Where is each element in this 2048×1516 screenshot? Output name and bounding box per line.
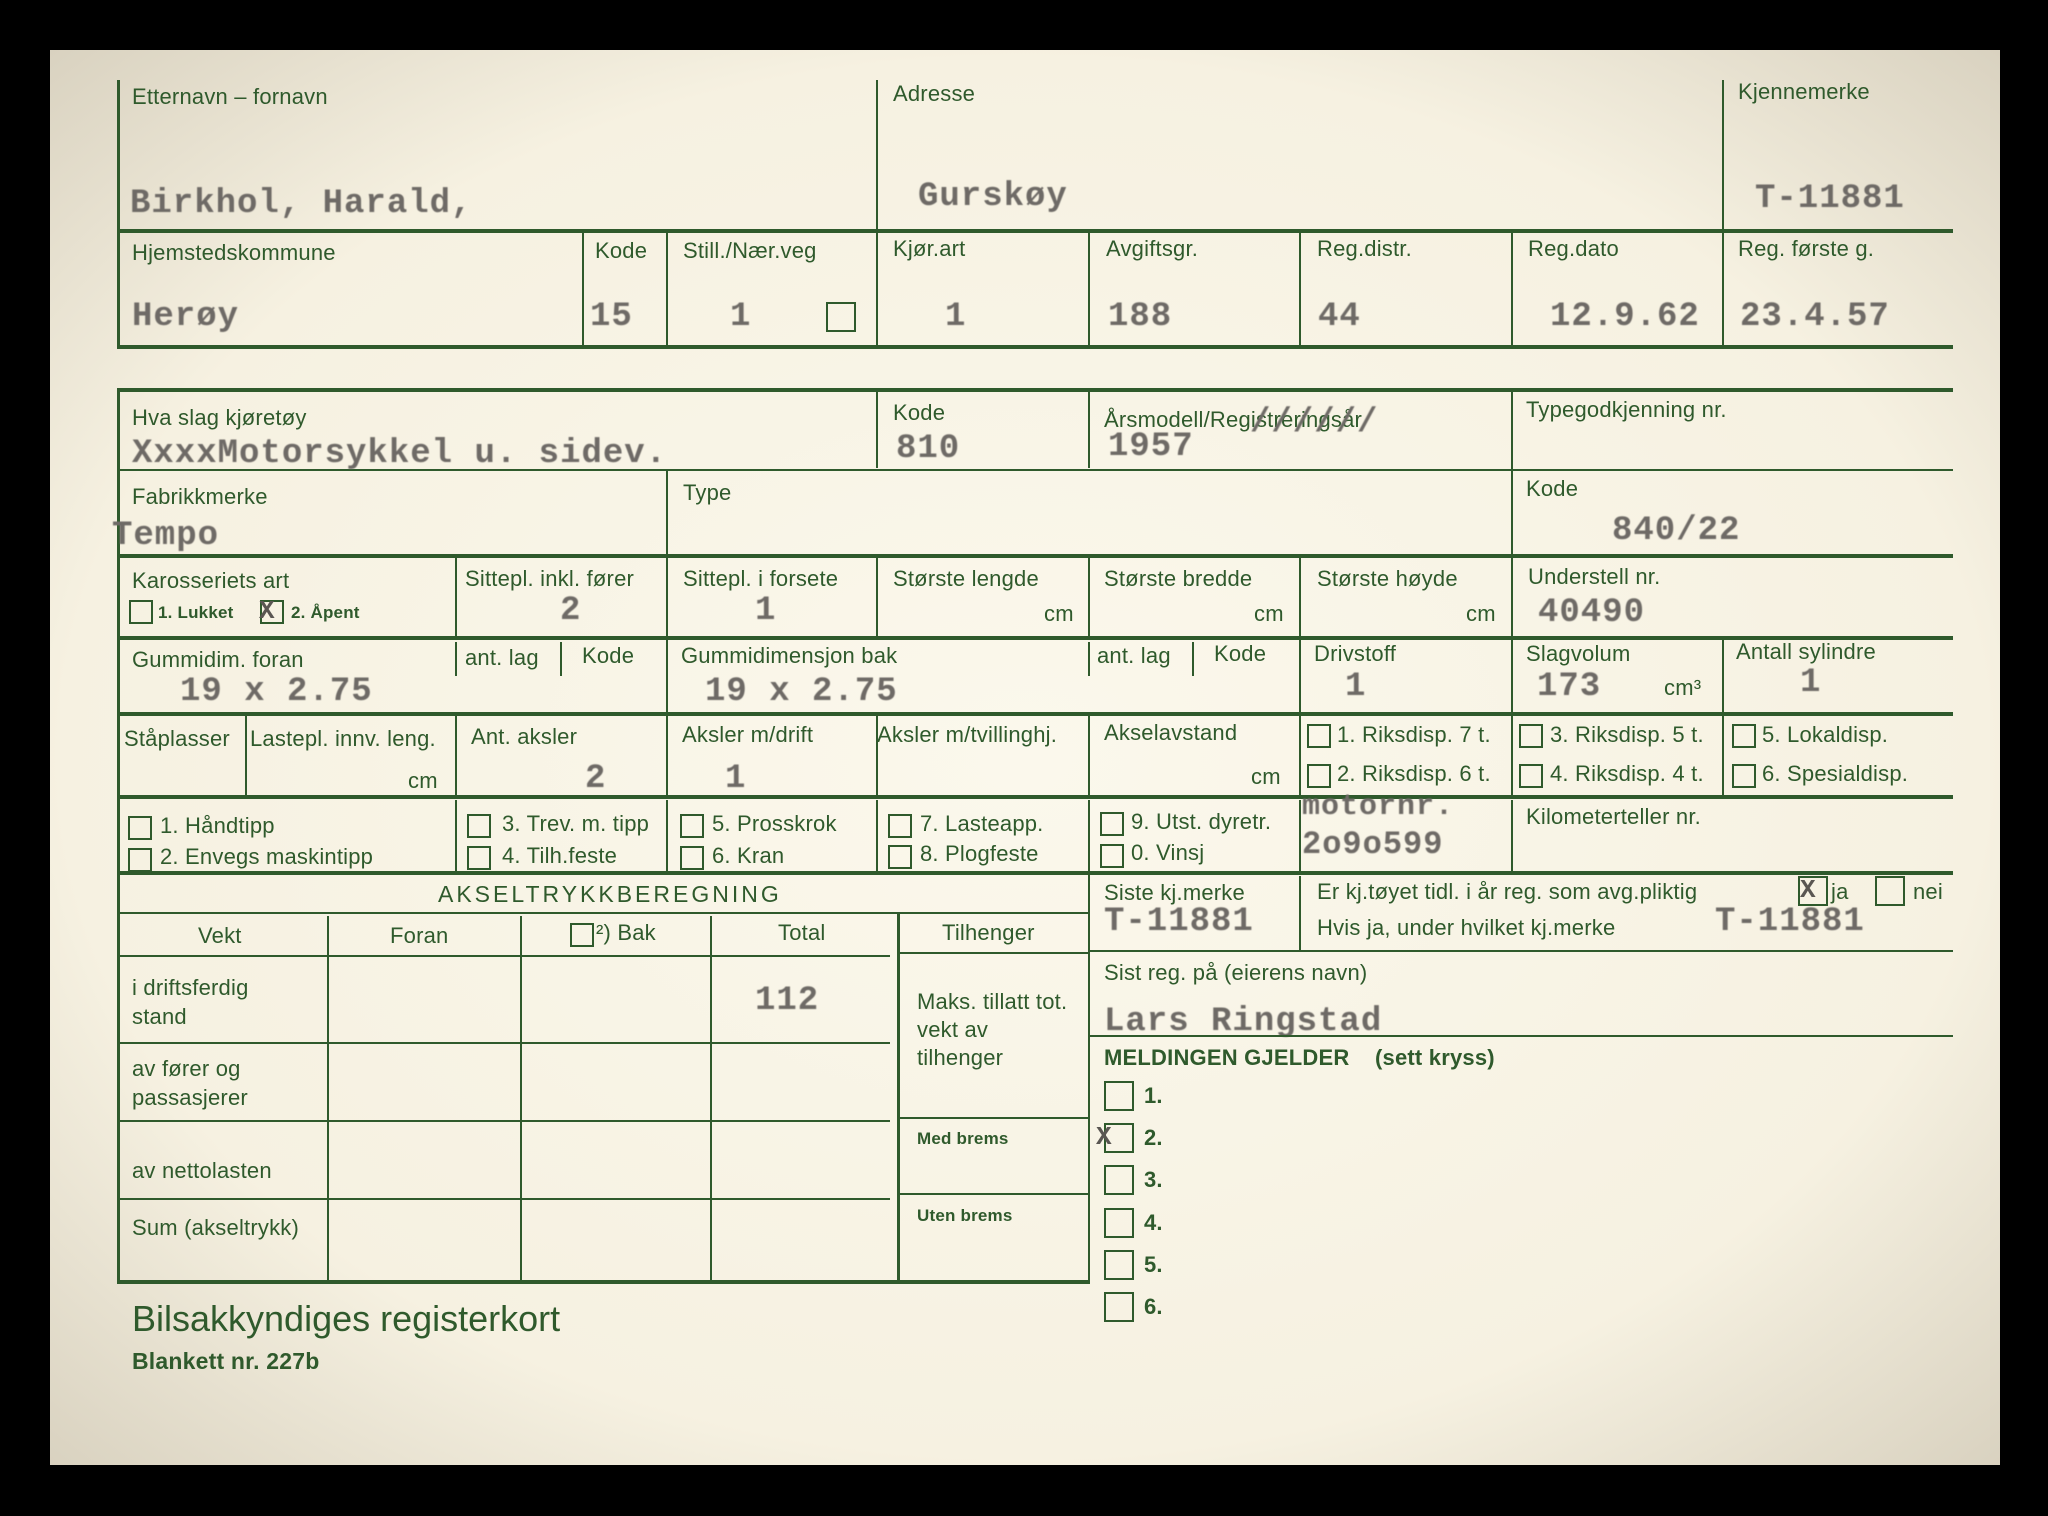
still-value[interactable]: 1 xyxy=(730,298,751,336)
regforste-label: Reg. første g. xyxy=(1738,236,1874,262)
divider xyxy=(560,642,562,676)
fuel-label: Drivstoff xyxy=(1314,641,1396,667)
divider xyxy=(1088,950,1953,952)
front-kode-label: Kode xyxy=(582,643,634,669)
divider xyxy=(1722,640,1724,714)
apent-mark: X xyxy=(259,598,275,624)
disp4-label: 4. Riksdisp. 4 t. xyxy=(1550,761,1704,787)
make-value[interactable]: Tempo xyxy=(112,517,219,555)
divider xyxy=(1299,800,1301,874)
avgift-value[interactable]: 188 xyxy=(1108,298,1172,336)
driven-label: Aksler m/drift xyxy=(682,722,813,748)
notice-6-label: 6. xyxy=(1144,1294,1163,1320)
axles-label: Ant. aksler xyxy=(471,724,577,750)
notice-3-label: 3. xyxy=(1144,1167,1163,1193)
disp5-checkbox[interactable] xyxy=(1732,724,1756,748)
plate-value[interactable]: T-11881 xyxy=(1755,180,1905,218)
regdato-label: Reg.dato xyxy=(1528,236,1619,262)
divider xyxy=(1511,800,1513,874)
motor-label: motornr. xyxy=(1302,790,1454,824)
disp5-label: 5. Lokaldisp. xyxy=(1762,722,1888,748)
bak-checkbox[interactable] xyxy=(570,923,594,947)
divider xyxy=(1511,232,1513,346)
cargo-len-unit: cm xyxy=(408,768,438,794)
frame-left xyxy=(117,80,120,348)
notice-5-checkbox[interactable] xyxy=(1104,1250,1134,1280)
length-label: Største lengde xyxy=(893,566,1039,592)
divider xyxy=(900,1117,1088,1119)
equip5-label: 5. Prosskrok xyxy=(712,811,837,837)
divider xyxy=(1088,874,1090,1284)
divider xyxy=(900,1193,1088,1195)
divider xyxy=(117,345,1953,349)
model-code-label: Kode xyxy=(1526,476,1578,502)
rear-tire-value[interactable]: 19 x 2.75 xyxy=(705,673,898,711)
displacement-label: Slagvolum xyxy=(1526,641,1631,667)
equip9-checkbox[interactable] xyxy=(1100,812,1124,836)
regforste-value[interactable]: 23.4.57 xyxy=(1740,298,1890,336)
last-owner-label: Sist reg. på (eierens navn) xyxy=(1104,960,1367,986)
chassis-label: Understell nr. xyxy=(1528,564,1660,590)
divider xyxy=(1299,876,1301,952)
municipality-value[interactable]: Herøy xyxy=(132,298,239,336)
notice-subtitle: (sett kryss) xyxy=(1375,1045,1495,1071)
row-label-nettolast: av nettolasten xyxy=(132,1158,272,1184)
disp1-checkbox[interactable] xyxy=(1307,724,1331,748)
divider xyxy=(582,232,584,346)
karosseri-label: Karosseriets art xyxy=(132,568,289,594)
equip2-checkbox[interactable] xyxy=(128,848,152,872)
kjorart-label: Kjør.art xyxy=(893,236,966,262)
divider xyxy=(876,800,878,874)
divider xyxy=(1511,716,1513,798)
regdato-value[interactable]: 12.9.62 xyxy=(1550,298,1700,336)
divider xyxy=(120,1120,890,1122)
standing-label: Ståplasser xyxy=(124,726,230,752)
row-label-sum: Sum (akseltrykk) xyxy=(132,1213,302,1242)
cylinders-label: Antall sylindre xyxy=(1736,639,1876,665)
divider xyxy=(666,232,668,346)
vehicle-type-value[interactable]: XxxxMotorsykkel u. sidev. xyxy=(132,435,667,473)
regdistr-value[interactable]: 44 xyxy=(1318,298,1361,336)
row-total-driftsferdig[interactable]: 112 xyxy=(755,982,819,1020)
row-label-forer: av fører og passasjerer xyxy=(132,1054,302,1112)
rear-tire-label: Gummidimensjon bak xyxy=(681,643,897,669)
disp4-checkbox[interactable] xyxy=(1519,764,1543,788)
odometer-label: Kilometerteller nr. xyxy=(1526,804,1701,830)
notice-1-label: 1. xyxy=(1144,1083,1163,1109)
divider xyxy=(666,558,668,638)
divider xyxy=(117,554,1953,558)
header-vekt: Vekt xyxy=(198,923,242,949)
width-unit: cm xyxy=(1254,601,1284,627)
header-foran: Foran xyxy=(390,923,448,949)
disp3-label: 3. Riksdisp. 5 t. xyxy=(1550,722,1704,748)
make-label: Fabrikkmerke xyxy=(132,484,268,510)
name-value[interactable]: Birkhol, Harald, xyxy=(130,185,472,223)
notice-3-checkbox[interactable] xyxy=(1104,1165,1134,1195)
which-plate-value[interactable]: T-11881 xyxy=(1715,903,1865,941)
height-label: Største høyde xyxy=(1317,566,1458,592)
cylinders-value[interactable]: 1 xyxy=(1800,664,1821,702)
yes-mark: X xyxy=(1800,877,1816,903)
no-checkbox[interactable] xyxy=(1875,876,1905,906)
notice-2-mark: X xyxy=(1096,1124,1112,1150)
year-value[interactable]: 1957 xyxy=(1108,428,1194,466)
header-total: Total xyxy=(778,920,825,946)
motor-value[interactable]: 2o9o599 xyxy=(1302,826,1443,863)
divider xyxy=(666,716,668,798)
divider xyxy=(327,916,329,1280)
still-checkbox[interactable] xyxy=(826,302,856,332)
wheelbase-label: Akselavstand xyxy=(1104,720,1237,746)
height-unit: cm xyxy=(1466,601,1496,627)
rear-antlag-label: ant. lag xyxy=(1097,643,1171,669)
equip3-label: 3. Trev. m. tipp xyxy=(502,811,649,837)
no-label: nei xyxy=(1913,879,1943,905)
wheelbase-unit: cm xyxy=(1251,764,1281,790)
divider xyxy=(876,232,878,346)
type-code-value[interactable]: 810 xyxy=(896,430,960,468)
disp3-checkbox[interactable] xyxy=(1519,724,1543,748)
divider xyxy=(1299,232,1301,346)
equip5-checkbox[interactable] xyxy=(680,814,704,838)
divider xyxy=(120,955,890,957)
equip6-label: 6. Kran xyxy=(712,843,784,869)
form-number: Blankett nr. 227b xyxy=(132,1348,319,1375)
axle-load-title: AKSELTRYKKBEREGNING xyxy=(438,881,782,908)
divider xyxy=(117,229,1953,233)
notice-4-label: 4. xyxy=(1144,1210,1163,1236)
divider xyxy=(876,392,878,468)
equip3-checkbox[interactable] xyxy=(467,814,491,838)
divider xyxy=(120,1198,890,1200)
divider xyxy=(1088,800,1090,874)
code-value[interactable]: 15 xyxy=(590,298,633,336)
equip0-label: 0. Vinsj xyxy=(1131,840,1204,866)
kjorart-value[interactable]: 1 xyxy=(945,298,966,336)
divider xyxy=(1088,558,1090,638)
divider xyxy=(897,914,900,1280)
equip8-label: 8. Plogfeste xyxy=(920,841,1039,867)
address-value[interactable]: Gurskøy xyxy=(918,178,1068,216)
divider xyxy=(666,470,668,556)
divider xyxy=(666,640,668,714)
disp6-checkbox[interactable] xyxy=(1732,764,1756,788)
divider xyxy=(1722,80,1724,348)
disp2-checkbox[interactable] xyxy=(1307,764,1331,788)
divider xyxy=(117,388,1953,392)
divider xyxy=(455,716,457,798)
trailer-max-label: Maks. tillatt tot. vekt av tilhenger xyxy=(917,988,1077,1072)
divider xyxy=(1088,392,1090,468)
equip8-checkbox[interactable] xyxy=(888,845,912,869)
municipality-label: Hjemstedskommune xyxy=(132,240,336,266)
divider xyxy=(876,80,878,230)
avgift-label: Avgiftsgr. xyxy=(1106,236,1198,262)
rear-kode-label: Kode xyxy=(1214,641,1266,667)
lukket-label: 1. Lukket xyxy=(158,603,234,623)
disp1-label: 1. Riksdisp. 7 t. xyxy=(1337,722,1491,748)
divider xyxy=(1088,232,1090,346)
seats-label: Sittepl. inkl. fører xyxy=(465,566,634,592)
divider xyxy=(117,1280,1090,1284)
divider xyxy=(120,1042,890,1044)
frame-left xyxy=(117,874,120,1284)
address-label: Adresse xyxy=(893,81,975,107)
divider xyxy=(1722,716,1724,798)
front-antlag-label: ant. lag xyxy=(465,645,539,671)
fuel-value[interactable]: 1 xyxy=(1345,668,1366,706)
divider xyxy=(1299,716,1301,798)
length-unit: cm xyxy=(1044,601,1074,627)
vehicle-type-label: Hva slag kjøretøy xyxy=(132,405,307,431)
notice-4-checkbox[interactable] xyxy=(1104,1208,1134,1238)
prev-reg-question: Er kj.tøyet tidl. i år reg. som avg.plik… xyxy=(1317,879,1697,905)
divider xyxy=(876,558,878,638)
displacement-value[interactable]: 173 xyxy=(1537,668,1601,706)
axles-value[interactable]: 2 xyxy=(585,760,606,798)
notice-6-checkbox[interactable] xyxy=(1104,1292,1134,1322)
name-label: Etternavn – fornavn xyxy=(132,84,328,110)
displacement-unit: cm³ xyxy=(1664,675,1701,701)
divider xyxy=(117,795,1953,799)
front-seats-value[interactable]: 1 xyxy=(755,592,776,630)
divider xyxy=(1088,1035,1953,1037)
front-seats-label: Sittepl. i forsete xyxy=(683,566,838,592)
divider xyxy=(1511,558,1513,638)
plate-label: Kjennemerke xyxy=(1738,79,1870,105)
which-plate-label: Hvis ja, under hvilket kj.merke xyxy=(1317,915,1615,941)
header-tilhenger: Tilhenger xyxy=(942,920,1035,946)
divider xyxy=(1511,640,1513,714)
divider xyxy=(1299,640,1301,714)
without-brakes-label: Uten brems xyxy=(917,1206,1013,1226)
divider xyxy=(1192,642,1194,676)
typegodkj-label: Typegodkjenning nr. xyxy=(1526,397,1727,423)
row-label-driftsferdig: i driftsferdig stand xyxy=(132,973,302,1031)
regdistr-label: Reg.distr. xyxy=(1317,236,1412,262)
divider xyxy=(1511,392,1513,556)
last-plate-value[interactable]: T-11881 xyxy=(1104,903,1254,941)
header-bak: ²) Bak xyxy=(596,920,656,946)
model-code-value[interactable]: 840/22 xyxy=(1612,512,1740,550)
chassis-value[interactable]: 40490 xyxy=(1538,594,1645,632)
divider xyxy=(1088,642,1090,676)
divider xyxy=(710,916,712,1280)
with-brakes-label: Med brems xyxy=(917,1129,1009,1149)
register-card xyxy=(50,50,2000,1465)
equip0-checkbox[interactable] xyxy=(1100,844,1124,868)
divider xyxy=(455,642,457,676)
divider xyxy=(117,712,1953,716)
disp2-label: 2. Riksdisp. 6 t. xyxy=(1337,761,1491,787)
divider xyxy=(245,716,247,798)
year-strike: ////// xyxy=(1250,404,1378,442)
still-label: Still./Nær.veg xyxy=(683,238,817,264)
equip6-checkbox[interactable] xyxy=(680,846,704,870)
equip7-checkbox[interactable] xyxy=(888,814,912,838)
equip9-label: 9. Utst. dyretr. xyxy=(1131,809,1271,835)
cargo-len-label: Lastepl. innv. leng. xyxy=(250,726,436,752)
equip7-label: 7. Lasteapp. xyxy=(920,811,1044,837)
type-code-label: Kode xyxy=(893,400,945,426)
equip4-checkbox[interactable] xyxy=(467,846,491,870)
divider xyxy=(1088,716,1090,798)
equip1-checkbox[interactable] xyxy=(128,816,152,840)
model-label: Type xyxy=(683,480,732,506)
divider xyxy=(455,800,457,874)
front-tire-label: Gummidim. foran xyxy=(132,647,304,673)
divider xyxy=(1088,873,1953,875)
yes-label: ja xyxy=(1831,879,1849,905)
divider xyxy=(1299,558,1301,638)
equip1-label: 1. Håndtipp xyxy=(160,813,275,839)
notice-5-label: 5. xyxy=(1144,1252,1163,1278)
notice-2-label: 2. xyxy=(1144,1125,1163,1151)
twin-label: Aksler m/tvillinghj. xyxy=(877,722,1057,748)
divider xyxy=(117,912,1088,914)
equip4-label: 4. Tilh.feste xyxy=(502,843,617,869)
seats-value[interactable]: 2 xyxy=(560,592,581,630)
equip2-label: 2. Envegs maskintipp xyxy=(160,844,373,870)
divider xyxy=(900,952,1088,954)
disp6-label: 6. Spesialdisp. xyxy=(1762,761,1908,787)
divider xyxy=(117,636,1953,640)
frame-left xyxy=(117,390,120,874)
lukket-checkbox[interactable] xyxy=(129,600,153,624)
divider xyxy=(666,800,668,874)
driven-value[interactable]: 1 xyxy=(725,760,746,798)
divider xyxy=(520,916,522,1280)
front-tire-value[interactable]: 19 x 2.75 xyxy=(180,673,373,711)
notice-1-checkbox[interactable] xyxy=(1104,1081,1134,1111)
card-title: Bilsakkyndiges registerkort xyxy=(132,1298,560,1340)
divider xyxy=(455,558,457,638)
apent-label: 2. Åpent xyxy=(291,603,360,623)
width-label: Største bredde xyxy=(1104,566,1252,592)
code-label: Kode xyxy=(595,238,647,264)
notice-title: MELDINGEN GJELDER xyxy=(1104,1045,1349,1071)
